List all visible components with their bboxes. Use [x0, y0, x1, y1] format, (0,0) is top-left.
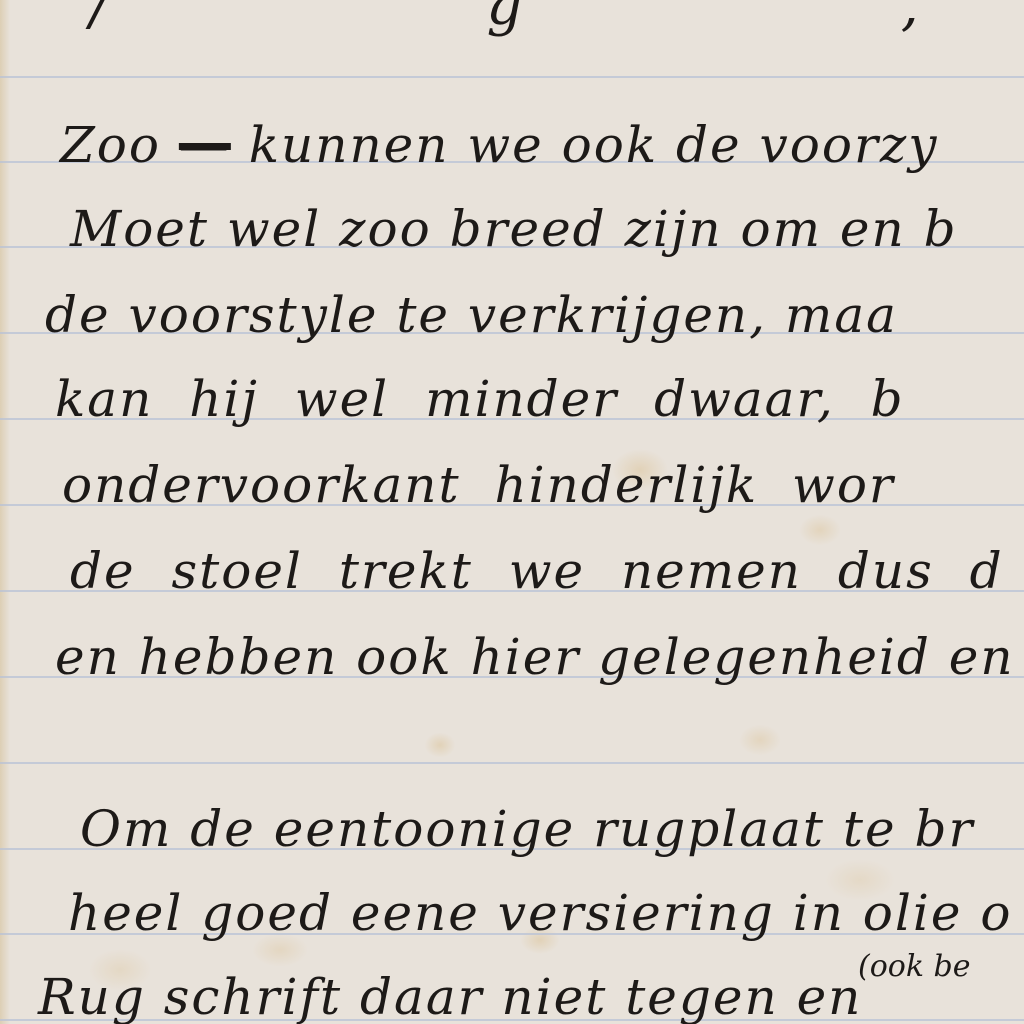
handwritten-line-3: de voorstyle te verkrijgen, maa	[45, 290, 898, 340]
ruled-line	[0, 762, 1024, 764]
interlinear-annotation: (ook be	[858, 952, 971, 982]
line-1-rest: kunnen we ook de voorzy	[231, 116, 939, 174]
handwritten-line-2: Moet wel zoo breed zijn om en b	[70, 204, 958, 254]
line-10-after: en	[779, 968, 863, 1024]
handwritten-line-7: en hebben ook hier gelegenheid en	[55, 632, 1015, 682]
handwritten-line-5: ondervoorkant hinderlijk wor	[62, 460, 895, 510]
struck-out-word: —	[179, 120, 231, 170]
top-line-fragment: / g ‚ g	[90, 0, 1024, 34]
handwritten-line-1: Zoo — kunnen we ook de voorzy	[60, 120, 938, 170]
line-1-word: Zoo	[60, 116, 161, 174]
handwritten-line-4: kan hij wel minder dwaar, b	[55, 374, 905, 424]
handwritten-line-6: de stoel trekt we nemen dus d	[70, 546, 1004, 596]
handwritten-line-8: Om de eentoonige rugplaat te br	[80, 804, 974, 854]
manuscript-page: / g ‚ g Zoo — kunnen we ook de voorzy Mo…	[0, 0, 1024, 1024]
ruled-line	[0, 76, 1024, 78]
handwritten-line-10: Rug schrift daar niet tegen en	[38, 972, 862, 1022]
handwritten-line-9: heel goed eene versiering in olie o	[68, 888, 1012, 938]
line-10-main: Rug schrift daar niet tegen	[38, 968, 779, 1024]
